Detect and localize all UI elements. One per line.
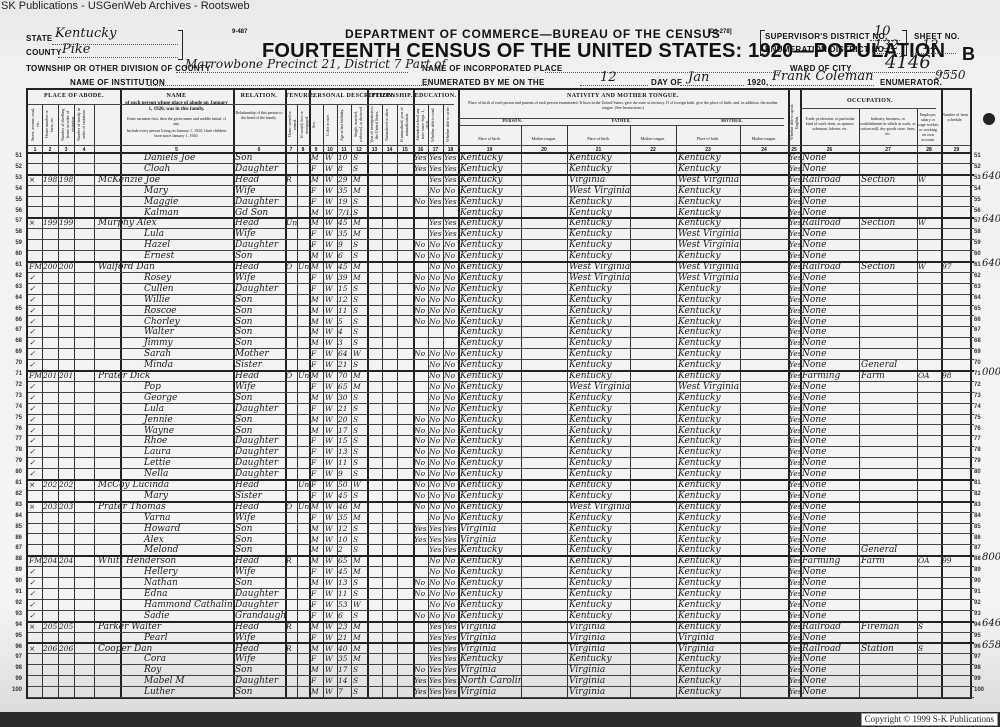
line-number-right: 95 — [974, 633, 981, 639]
sub-column-heading: If owned, free or mortgaged. — [299, 106, 307, 143]
margin-annotation: 646 — [982, 618, 1000, 629]
census-table: PLACE OF ABODE. NAME of each person whos… — [26, 88, 972, 699]
line-number-left: 85 — [8, 524, 22, 530]
sub-column-heading: Whether able to write. — [445, 106, 456, 143]
table-row: KalmanGd SonMW7/12SKentuckyKentuckyKentu… — [28, 208, 974, 219]
line-number-right: 58 — [974, 229, 981, 235]
line-number-right: 100 — [974, 687, 984, 693]
institution-line — [148, 85, 428, 86]
table-row: ✓SarahMotherFW64WNoNoNoKentuckyKentuckyK… — [28, 349, 974, 360]
table-row: FM200200Walford DanHeadOUnMW45MNoNoKentu… — [28, 262, 974, 273]
table-row: Daniels JoeSonMW10SYesYesYesKentuckyKent… — [28, 153, 974, 164]
grid-hline — [800, 108, 936, 109]
line-number-right: 90 — [974, 578, 981, 584]
line-number-left: 56 — [8, 208, 22, 214]
line-number-left: 75 — [8, 415, 22, 421]
line-number-right: 62 — [974, 273, 981, 279]
census-sheet: 9-487 [D1-278] STATE Kentucky COUNTY Pik… — [0, 0, 1000, 712]
group-relation: RELATION. — [233, 93, 285, 99]
line-number-left: 77 — [8, 436, 22, 442]
corner-annotation: 9550 — [935, 68, 966, 82]
line-number-left: 83 — [8, 502, 22, 508]
incorporated-line — [545, 72, 780, 73]
table-row: CoraWifeFW35MYesYesKentuckyKentuckyKentu… — [28, 654, 974, 665]
grid-hline — [28, 145, 970, 146]
line-number-left: 92 — [8, 600, 22, 606]
table-row: ×198198McKenzie JoeHeadRMW29MYesYesKentu… — [28, 175, 974, 186]
table-row: ✓ChorleySonMW5SNoNoNoKentuckyKentuckyKen… — [28, 317, 974, 328]
line-number-left: 82 — [8, 491, 22, 497]
enumerator-label: ENUMERATOR. — [880, 78, 942, 87]
relation-description: Relationship of this person to the head … — [235, 110, 283, 120]
margin-annotation: 640 — [982, 171, 1000, 182]
form-number: 9-487 — [232, 29, 247, 35]
occupation-industry-heading: Industry, business, or establishment in … — [860, 116, 916, 136]
line-number-right: 84 — [974, 513, 981, 519]
table-row: ✓RoseyWifeFW39MNoNoNoKentuckyWest Virgin… — [28, 273, 974, 284]
table-row: ✓RoscoeSonMW11SNoNoNoKentuckyKentuckyKen… — [28, 306, 974, 317]
group-name: NAME — [120, 93, 233, 99]
line-number-right: 78 — [974, 447, 981, 453]
table-row: FM201201Prater DickHeadOUnMW70MNoNoKentu… — [28, 371, 974, 382]
sub-column-heading: Color or race. — [325, 106, 335, 143]
line-number-right: 88 — [974, 556, 981, 562]
line-number-left: 72 — [8, 382, 22, 388]
employer-heading: Employer, salary or wage worker, or work… — [917, 112, 939, 142]
line-number-right: 69 — [974, 349, 981, 355]
father-tongue-heading: Mother tongue. — [630, 136, 676, 141]
line-number-right: 54 — [974, 186, 981, 192]
line-number-right: 70 — [974, 360, 981, 366]
bottom-bar — [0, 712, 1000, 727]
sub-column-heading: Single, married, widowed, or divorced. — [353, 106, 365, 143]
line-number-right: 81 — [974, 480, 981, 486]
group-citizenship: CITIZENSHIP. — [367, 93, 413, 99]
line-number-right: 61 — [974, 262, 981, 268]
line-number-left: 55 — [8, 197, 22, 203]
sub-column-heading: Number of dwelling house in order of vis… — [60, 106, 72, 143]
sub-column-heading: Naturalized or alien. — [384, 106, 395, 143]
line-number-left: 74 — [8, 404, 22, 410]
line-number-left: 90 — [8, 578, 22, 584]
table-row: MaggieDaughterFW19SNoYesYesKentuckyKentu… — [28, 197, 974, 208]
table-row: ✓HelleryWifeFW45MNoNoKentuckyKentuckyKen… — [28, 567, 974, 578]
line-number-left: 63 — [8, 284, 22, 290]
table-row: ✓WillieSonMW12SNoNoNoKentuckyKentuckyKen… — [28, 295, 974, 306]
table-row: ×202202McCoy LucindaHeadUnFW50WNoNoNoKen… — [28, 480, 974, 491]
table-row: FM204204Whitt HendersonHeadRMW65MNoNoKen… — [28, 556, 974, 567]
line-number-left: 87 — [8, 545, 22, 551]
window-title: SK Publications - USGenWeb Archives - Ro… — [0, 0, 1000, 12]
supervisor-district-value: 10 — [874, 24, 891, 39]
line-number-right: 86 — [974, 535, 981, 541]
line-number-left: 93 — [8, 611, 22, 617]
enumeration-month: Jan — [688, 70, 709, 85]
line-number-right: 79 — [974, 458, 981, 464]
table-row: RoySonMW17SNoYesYesVirginiaVirginiaKentu… — [28, 665, 974, 676]
line-number-left: 61 — [8, 262, 22, 268]
table-row: ✓PopWifeFW65MNoNoKentuckyWest VirginiaWe… — [28, 382, 974, 393]
line-number-right: 52 — [974, 164, 981, 170]
line-number-left: 79 — [8, 458, 22, 464]
county-label: COUNTY — [26, 48, 62, 57]
group-personal: PERSONAL DESCRIPTION. — [309, 93, 367, 99]
table-row: LutherSonMW7SYesYesYesVirginiaVirginiaKe… — [28, 687, 974, 698]
line-number-left: 84 — [8, 513, 22, 519]
line-number-right: 92 — [974, 600, 981, 606]
line-number-right: 96 — [974, 644, 981, 650]
line-number-right: 56 — [974, 208, 981, 214]
line-number-right: 99 — [974, 676, 981, 682]
sub-column-heading: Age at last birthday. — [339, 106, 349, 143]
group-occupation: OCCUPATION. — [800, 98, 940, 104]
line-number-right: 66 — [974, 317, 981, 323]
township-line — [176, 72, 408, 73]
table-row: ✓Hammond CathalineDaughterFW53WNoNoKentu… — [28, 600, 974, 611]
line-number-right: 94 — [974, 622, 981, 628]
line-number-right: 91 — [974, 589, 981, 595]
line-number-right: 97 — [974, 654, 981, 660]
name-sub1: Enter surname first, then the given name… — [124, 116, 229, 126]
table-row: ✓WalterSonMW4SKentuckyKentuckyKentuckyYe… — [28, 327, 974, 338]
sub-column-heading: Home owned or rented. — [287, 106, 295, 143]
group-education: EDUCATION. — [413, 93, 458, 99]
line-number-left: 53 — [8, 175, 22, 181]
line-number-right: 87 — [974, 545, 981, 551]
line-number-right: 75 — [974, 415, 981, 421]
margin-annotation: 658 — [982, 640, 1000, 651]
line-number-left: 68 — [8, 338, 22, 344]
table-row: ✓MindaSisterFW21SNoNoKentuckyKentuckyKen… — [28, 360, 974, 371]
line-number-right: 57 — [974, 218, 981, 224]
line-number-left: 73 — [8, 393, 22, 399]
line-number-right: 64 — [974, 295, 981, 301]
mother-birth-heading: Place of birth. — [676, 136, 740, 141]
line-number-right: 74 — [974, 404, 981, 410]
name-sub2: Include every person living on January 1… — [124, 128, 229, 138]
table-row: ✓LulaDaughterFW21SNoNoKentuckyKentuckyKe… — [28, 404, 974, 415]
sub-column-heading: If naturalized, year of naturalization. — [399, 106, 411, 143]
incorporated-place-label: NAME OF INCORPORATED PLACE — [422, 64, 563, 73]
line-number-right: 55 — [974, 197, 981, 203]
line-number-left: 98 — [8, 665, 22, 671]
table-row: VarnaWifeFW35MNoNoKentuckyKentuckyKentuc… — [28, 513, 974, 524]
table-row: HazelDaughterFW9SNoNoNoKentuckyKentuckyW… — [28, 240, 974, 251]
table-row: CloahDaughterFW8SYesYesYesKentuckyKentuc… — [28, 164, 974, 175]
line-number-left: 58 — [8, 229, 22, 235]
margin-annotation: 000 — [982, 367, 1000, 378]
line-number-right: 83 — [974, 502, 981, 508]
table-row: MarySisterFW45SNoNoNoKentuckyKentuckyKen… — [28, 491, 974, 502]
table-row: MelondSonMW2SYesYesKentuckyKentuckyKentu… — [28, 545, 974, 556]
line-number-left: 66 — [8, 317, 22, 323]
sub-column-heading: Sex. — [311, 106, 321, 143]
line-number-left: 52 — [8, 164, 22, 170]
line-number-right: 82 — [974, 491, 981, 497]
line-number-left: 89 — [8, 567, 22, 573]
line-number-right: 71 — [974, 371, 981, 377]
table-row: ✓GeorgeSonMW30SNoNoKentuckyKentuckyKentu… — [28, 393, 974, 404]
english-heading: Whether able to speak English. — [789, 98, 799, 146]
line-number-left: 67 — [8, 327, 22, 333]
punch-hole — [983, 113, 995, 125]
state-label: STATE — [26, 34, 53, 43]
name-description: of each person whose place of abode on J… — [124, 101, 229, 113]
line-number-right: 76 — [974, 426, 981, 432]
line-number-left: 69 — [8, 349, 22, 355]
line-number-left: 71 — [8, 371, 22, 377]
line-number-right: 59 — [974, 240, 981, 246]
ward-annotation: 4146 — [885, 52, 931, 73]
line-number-right: 51 — [974, 153, 981, 159]
mother-tongue-heading: Mother tongue. — [740, 136, 788, 141]
sub-column-heading: Number of family in order of visitation. — [76, 106, 92, 143]
table-row: ✓EdnaDaughterFW11SNoNoNoKentuckyKentucky… — [28, 589, 974, 600]
table-row: PearlWifeFW21MYesYesVirginiaVirginiaVirg… — [28, 633, 974, 644]
table-row: ✓JennieSonMW20SNoNoNoKentuckyKentuckyKen… — [28, 415, 974, 426]
grid-hline — [458, 125, 784, 126]
sub-column-heading: House number or farm, etc. — [44, 106, 56, 143]
table-row: ×199199Murphy AlexHeadUnMW45MYesYesKentu… — [28, 218, 974, 229]
line-number-left: 51 — [8, 153, 22, 159]
table-row: ✓JimmySonMW3SKentuckyKentuckyKentuckyYes… — [28, 338, 974, 349]
line-number-left: 91 — [8, 589, 22, 595]
line-number-right: 60 — [974, 251, 981, 257]
grid-hline — [458, 118, 784, 119]
table-row: ×203203Prater ThomasHeadOUnMW46MNoNoNoKe… — [28, 502, 974, 513]
farm-schedule-heading: Number of farm schedule. — [941, 112, 969, 122]
line-number-left: 96 — [8, 644, 22, 650]
table-row: Mabel MDaughterFW14SYesYesYesNorth Carol… — [28, 676, 974, 687]
enumeration-district-label: ENUMERATION DISTRICT NO. — [765, 45, 887, 54]
line-number-right: 72 — [974, 382, 981, 388]
enumerated-by-label: ENUMERATED BY ME ON THE — [422, 78, 545, 87]
line-number-right: 68 — [974, 338, 981, 344]
sheet-no-value: 12 — [922, 38, 939, 53]
table-row: ErnestSonMW6SNoNoNoKentuckyKentuckyKentu… — [28, 251, 974, 262]
margin-annotation: 640 — [982, 258, 1000, 269]
line-number-left: 80 — [8, 469, 22, 475]
table-row: ✓NellaDaughterFW9SNoNoNoKentuckyKentucky… — [28, 469, 974, 480]
line-number-left: 81 — [8, 480, 22, 486]
group-nativity: NATIVITY AND MOTHER TONGUE. — [458, 93, 788, 99]
table-row: ✓WayneSonMW17SNoNoNoKentuckyKentuckyKent… — [28, 426, 974, 437]
table-row: HowardSonMW12SYesYesYesVirginiaKentuckyK… — [28, 524, 974, 535]
group-place-of-abode: PLACE OF ABODE. — [28, 93, 120, 99]
month-line — [680, 85, 744, 86]
father-birth-heading: Place of birth. — [567, 136, 630, 141]
table-row: ✓NathanSonMW13SNoNoNoKentuckyKentuckyKen… — [28, 578, 974, 589]
sheet-side: B — [962, 44, 975, 65]
line-number-left: 94 — [8, 622, 22, 628]
person-tongue-heading: Mother tongue. — [521, 136, 567, 141]
line-number-left: 60 — [8, 251, 22, 257]
line-number-right: 65 — [974, 306, 981, 312]
day-line — [580, 85, 648, 86]
table-row: LulaWifeFW35MYesYesKentuckyKentuckyWest … — [28, 229, 974, 240]
table-row: ✓LettieDaughterFW11SNoNoNoKentuckyKentuc… — [28, 458, 974, 469]
table-row: MaryWifeFW35MNoNoKentuckyWest VirginiaKe… — [28, 186, 974, 197]
state-bracket — [178, 30, 183, 60]
sub-column-heading: Year of immigration to the United States… — [369, 106, 380, 143]
margin-annotation: 800 — [982, 552, 1000, 563]
line-number-left: 70 — [8, 360, 22, 366]
line-number-left: 78 — [8, 447, 22, 453]
sub-column-heading: Attended school any time since Sept. 1, … — [415, 106, 426, 143]
line-number-left: 57 — [8, 218, 22, 224]
table-row: ×205205Parker WalterHeadRMW23MYesYesVirg… — [28, 622, 974, 633]
table-row: ✓CullenDaughterFW15SNoNoNoKentuckyKentuc… — [28, 284, 974, 295]
county-line — [58, 57, 178, 58]
line-number-right: 93 — [974, 611, 981, 617]
line-number-right: 77 — [974, 436, 981, 442]
line-number-left: 95 — [8, 633, 22, 639]
group-tenure: TENURE. — [285, 93, 309, 99]
county-value: Pike — [62, 42, 90, 57]
line-number-left: 97 — [8, 654, 22, 660]
line-number-left: 99 — [8, 676, 22, 682]
ward-label: WARD OF CITY — [790, 64, 852, 73]
line-number-right: 67 — [974, 327, 981, 333]
line-number-right: 98 — [974, 665, 981, 671]
line-number-right: 63 — [974, 284, 981, 290]
line-number-right: 80 — [974, 469, 981, 475]
line-number-left: 62 — [8, 273, 22, 279]
sub-column-heading: Whether able to read. — [430, 106, 441, 143]
person-birth-heading: Place of birth. — [458, 136, 521, 141]
line-number-left: 54 — [8, 186, 22, 192]
line-number-right: 73 — [974, 393, 981, 399]
line-number-left: 64 — [8, 295, 22, 301]
grid-hline — [28, 104, 454, 105]
table-row: ×206206Cooper DanHeadRMW40MYesYesVirgini… — [28, 644, 974, 655]
line-number-right: 89 — [974, 567, 981, 573]
margin-annotation: 640 — [982, 214, 1000, 225]
state-value: Kentucky — [55, 26, 117, 41]
line-number-left: 76 — [8, 426, 22, 432]
nativity-description: Place of birth of each person and parent… — [468, 100, 778, 110]
line-number-left: 65 — [8, 306, 22, 312]
copyright-notice: Copyright © 1999 S-K Publications — [861, 713, 998, 726]
enumerator-line — [770, 85, 874, 86]
day-of-label: DAY OF — [651, 78, 682, 87]
table-row: ✓RhoeDaughterFW15SNoNoNoKentuckyKentucky… — [28, 436, 974, 447]
table-row: AlexSonMW10SYesYesYesVirginiaKentuckyKen… — [28, 535, 974, 546]
line-number-right: 53 — [974, 175, 981, 181]
line-number-left: 88 — [8, 556, 22, 562]
year-label: 1920, — [747, 78, 769, 87]
line-number-left: 59 — [8, 240, 22, 246]
row-divider — [28, 697, 974, 698]
table-row: ✓SadieGrandaughterFW6SNoNoNoKentuckyKent… — [28, 611, 974, 622]
line-number-right: 85 — [974, 524, 981, 530]
line-number-left: 100 — [8, 687, 22, 693]
sub-column-heading: Street, avenue, road, etc. — [30, 106, 40, 143]
enumeration-district-value: 132 — [874, 38, 899, 53]
line-number-left: 86 — [8, 535, 22, 541]
enumeration-day: 12 — [600, 70, 617, 85]
department-heading: DEPARTMENT OF COMMERCE—BUREAU OF THE CEN… — [345, 27, 721, 41]
occupation-trade-heading: Trade, profession, or particular kind of… — [802, 116, 858, 131]
table-row: ✓LauraDaughterFW13SNoNoNoKentuckyKentuck… — [28, 447, 974, 458]
